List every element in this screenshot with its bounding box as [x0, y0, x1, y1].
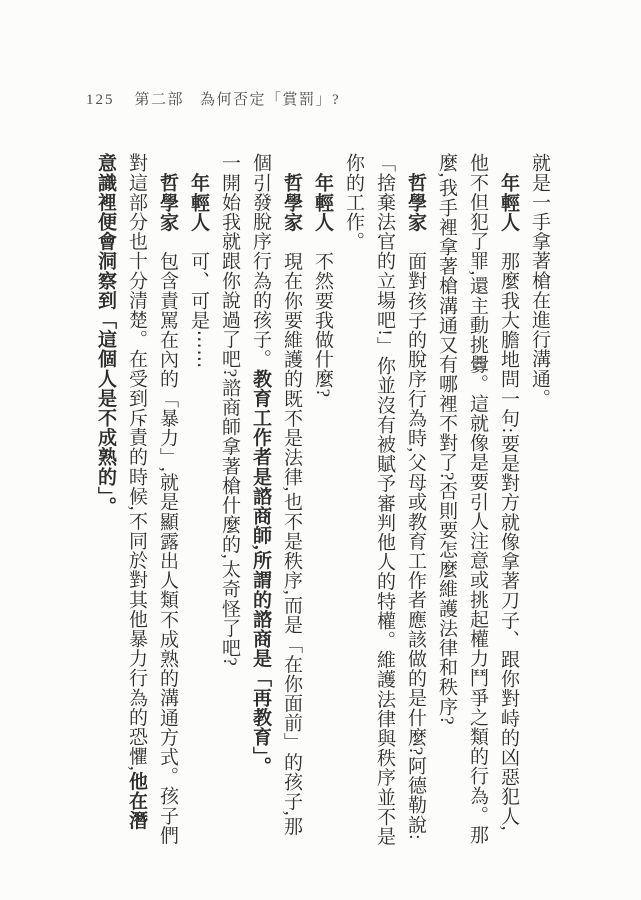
- page-number: 125: [86, 92, 115, 109]
- speaker-name: 哲學家: [281, 173, 302, 232]
- paragraph-text: 面對孩子的脫序行為時,父母或教育工作者應該做的是什麼?阿德勒說:「捨棄法官的立場…: [343, 153, 426, 846]
- speaker-name: 年輕人: [498, 173, 519, 232]
- speaker-name: 年輕人: [188, 173, 209, 232]
- paragraph-text: 包含責罵在內的「暴力」,就是顯露出人類不成熟的溝通方式。孩子們對這部分也十分清楚…: [126, 153, 178, 844]
- dialogue-paragraph-philosopher: 哲學家 現在你要維護的既不是法律,也不是秩序,而是「在你面前」的孩子,那個引發脫…: [245, 153, 307, 847]
- paragraph-text: 不然要我做什麼?: [312, 231, 333, 397]
- page-header: 125 第二部 為何否定「賞罰」?: [86, 88, 340, 109]
- speaker-name: 哲學家: [157, 173, 178, 232]
- paragraph-text: 就是一手拿著槍在進行溝通。: [529, 153, 550, 408]
- chapter-title: 為何否定「賞罰」?: [200, 88, 340, 109]
- vertical-text-block: 就是一手拿著槍在進行溝通。 年輕人 那麼我大膽地問一句:要是對方就像拿著刀子、跟…: [90, 153, 555, 847]
- paragraph-continuation: 就是一手拿著槍在進行溝通。: [524, 153, 555, 847]
- dialogue-paragraph-philosopher: 哲學家 包含責罵在內的「暴力」,就是顯露出人類不成熟的溝通方式。孩子們對這部分也…: [90, 153, 183, 847]
- speaker-name: 年輕人: [312, 173, 333, 232]
- dialogue-paragraph-youth: 年輕人 那麼我大膽地問一句:要是對方就像拿著刀子、跟你對峙的凶惡犯人,他不但犯了…: [431, 153, 524, 847]
- emphasis-text: 教育工作者是諮商師,所謂的諮商是「再教育」。: [250, 369, 271, 776]
- speaker-name: 哲學家: [405, 173, 426, 232]
- paragraph-continuation: 一開始我就跟你說過了吧?諮商師拿著槍什麼的,太奇怪了吧?: [214, 153, 245, 847]
- paragraph-text: 可、可是⋯⋯: [188, 231, 209, 368]
- part-label: 第二部: [135, 88, 185, 109]
- dialogue-paragraph-youth: 年輕人 不然要我做什麼?: [307, 153, 338, 847]
- dialogue-paragraph-philosopher: 哲學家 面對孩子的脫序行為時,父母或教育工作者應該做的是什麼?阿德勒說:「捨棄法…: [338, 153, 431, 847]
- paragraph-text: 那麼我大膽地問一句:要是對方就像拿著刀子、跟你對峙的凶惡犯人,他不但犯了罪,還主…: [436, 153, 519, 844]
- dialogue-paragraph-youth: 年輕人 可、可是⋯⋯: [183, 153, 214, 847]
- paragraph-text: 一開始我就跟你說過了吧?諮商師拿著槍什麼的,太奇怪了吧?: [219, 153, 240, 666]
- book-page: 125 第二部 為何否定「賞罰」? 就是一手拿著槍在進行溝通。 年輕人 那麼我大…: [0, 0, 641, 900]
